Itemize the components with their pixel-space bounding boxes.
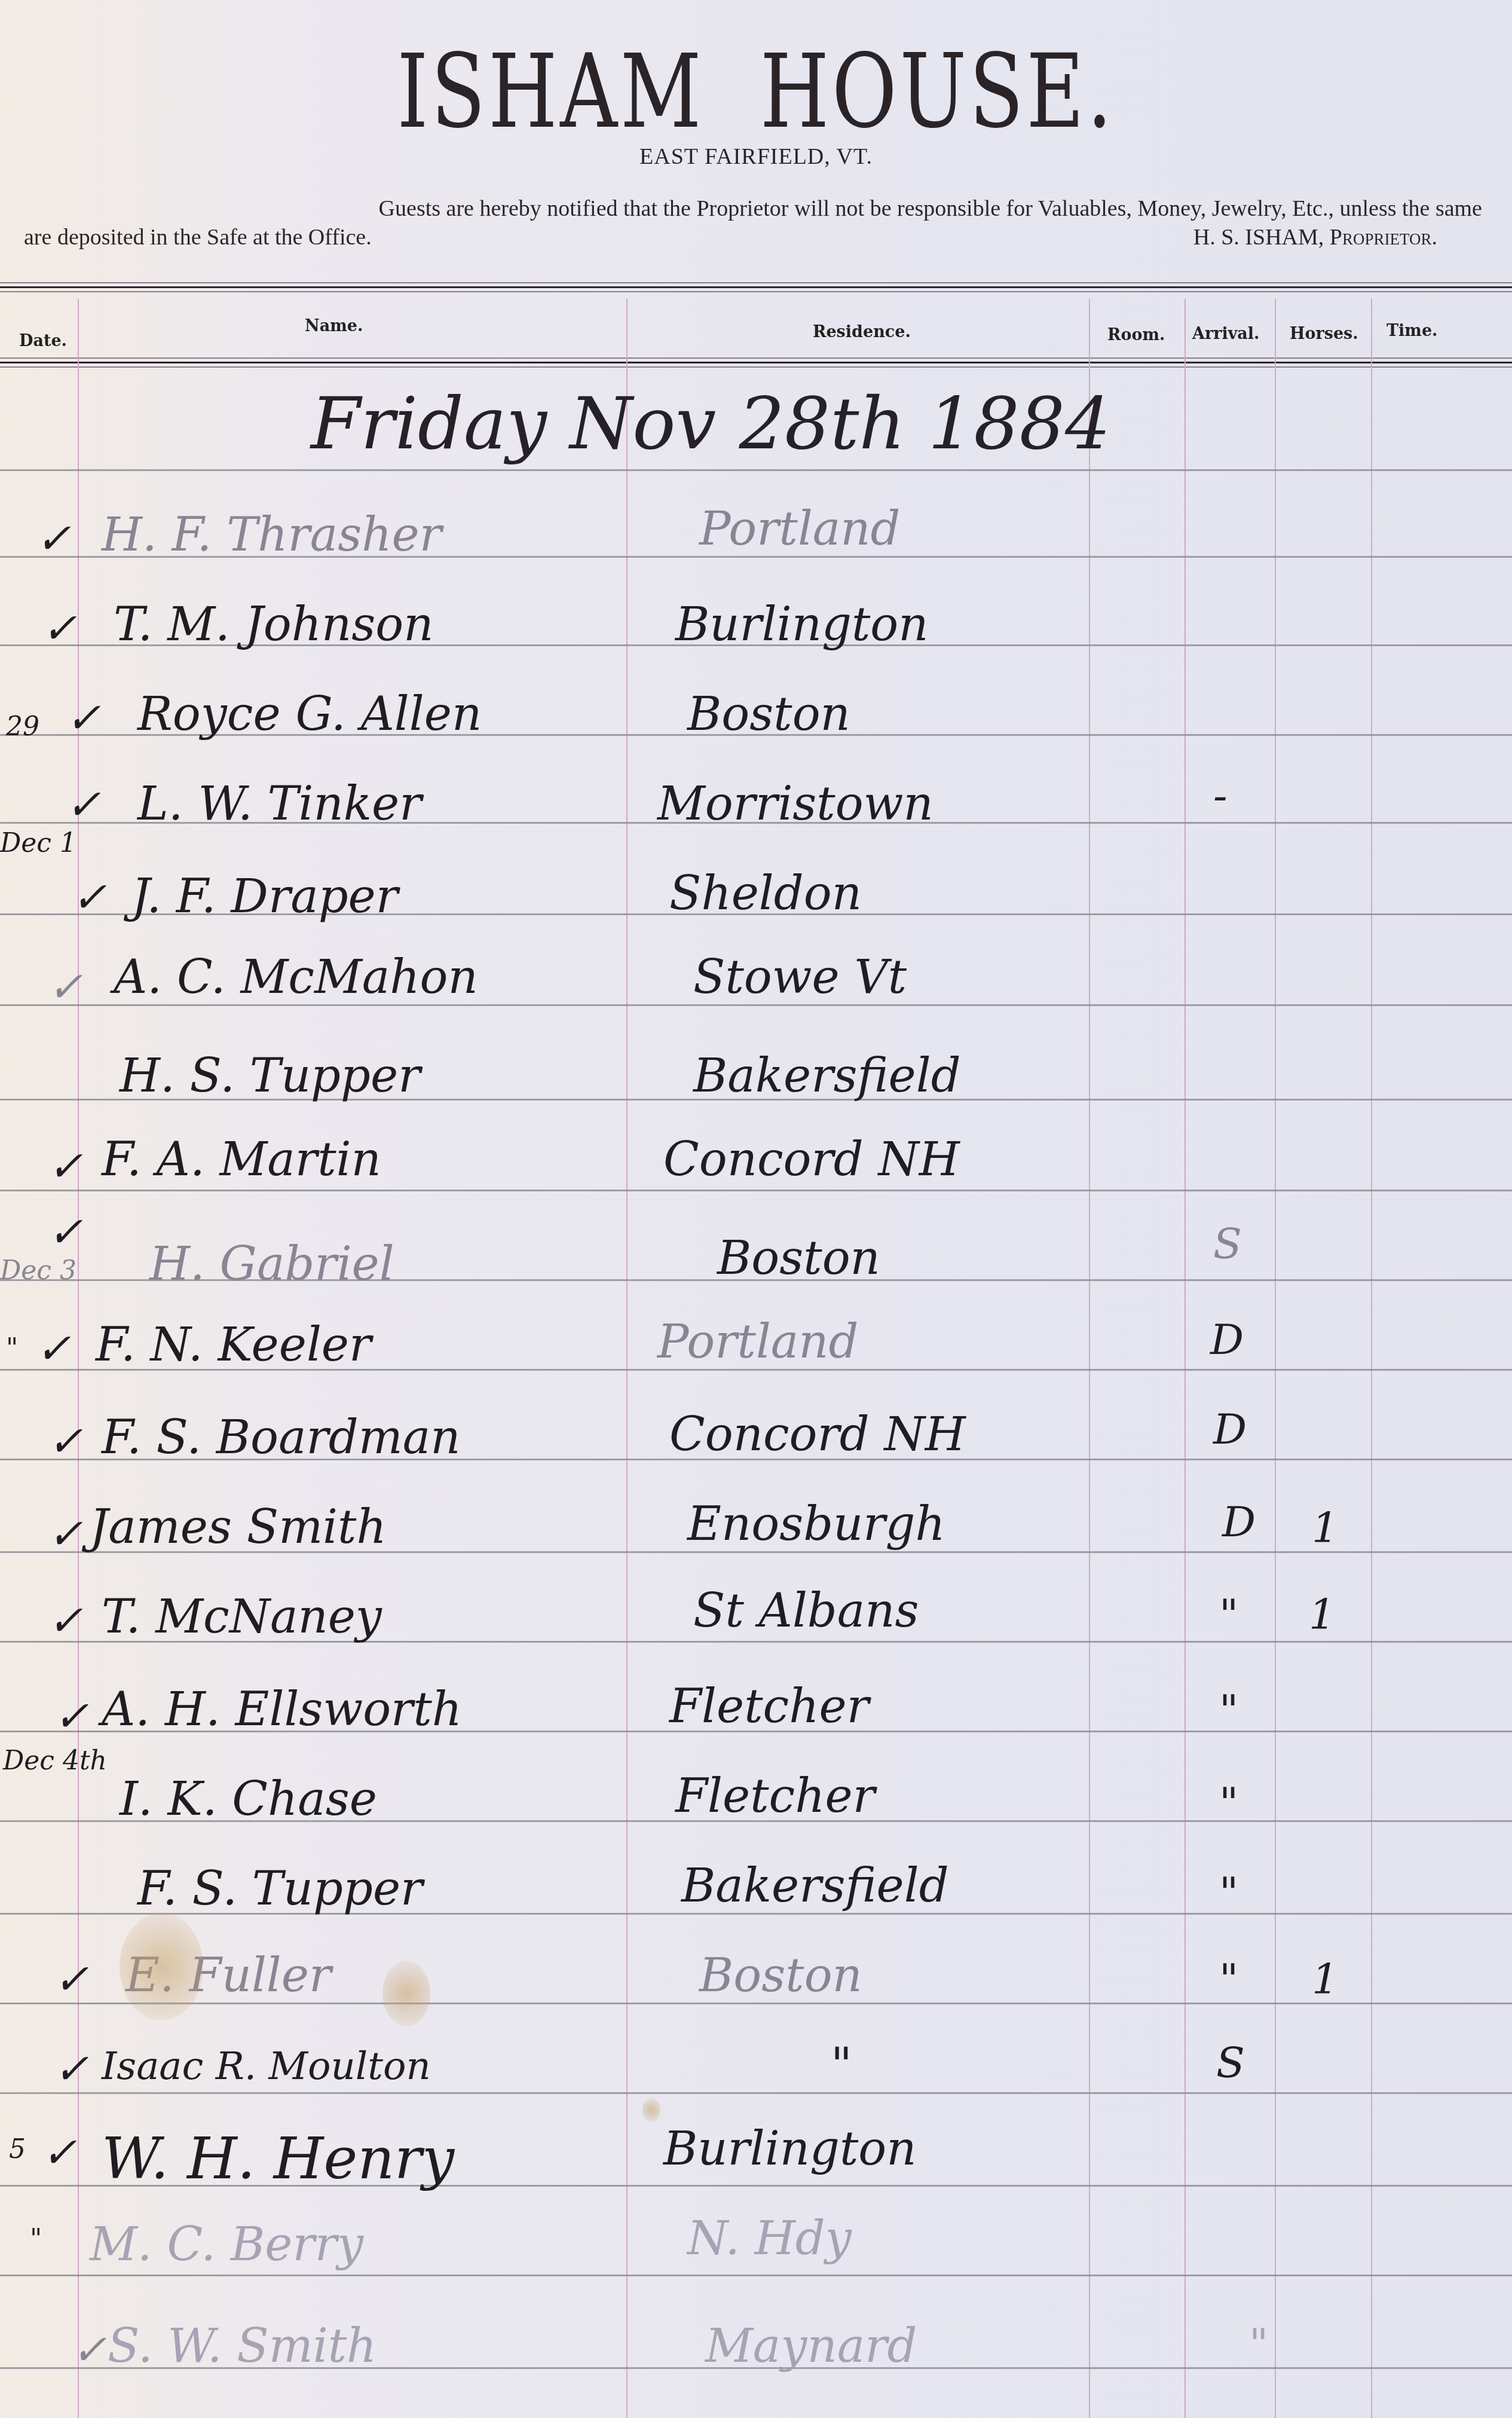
column-divider <box>1089 299 1090 2418</box>
guest-residence: Concord NH <box>663 1133 960 1187</box>
check-mark: ✓ <box>54 1692 89 1741</box>
guest-residence: Boston <box>717 1231 880 1285</box>
check-mark: ✓ <box>48 1417 83 1466</box>
guest-name: I. K. Chase <box>120 1772 377 1826</box>
check-mark: ✓ <box>48 962 83 1011</box>
date-note: Dec 3 <box>0 1255 76 1286</box>
ruled-line <box>0 2003 1512 2004</box>
arrival-mark: D <box>1210 1315 1244 1364</box>
check-mark: ✓ <box>72 873 107 922</box>
column-header-residence: Residence. <box>813 323 911 341</box>
column-divider <box>1275 299 1276 2418</box>
guest-residence: Maynard <box>705 2319 917 2373</box>
guest-residence: Fletcher <box>675 1769 875 1823</box>
register-header: ISHAMHOUSE. EAST FAIRFIELD, VT. Guests a… <box>0 0 1512 281</box>
column-divider <box>626 299 628 2418</box>
guest-residence: Portland <box>657 1315 859 1369</box>
ruled-line <box>0 2275 1512 2276</box>
header-bottom-rule <box>0 357 1512 371</box>
date-heading: Friday Nov 28th 1884 <box>311 383 1110 466</box>
horses-count: 1 <box>1309 1590 1336 1639</box>
guest-name: A. C. McMahon <box>114 950 478 1004</box>
arrival-mark: " <box>1219 1590 1238 1639</box>
check-mark: ✓ <box>48 1596 83 1645</box>
register-page: ISHAMHOUSE. EAST FAIRFIELD, VT. Guests a… <box>0 0 1512 2418</box>
guest-residence: N. Hdy <box>687 2212 852 2266</box>
ruled-line <box>0 1004 1512 1006</box>
guest-residence: Boston <box>699 1949 862 2003</box>
guest-residence: Morristown <box>657 777 933 831</box>
guest-name: T. McNaney <box>102 1590 382 1644</box>
date-note: " <box>30 2224 42 2254</box>
check-mark: ✓ <box>54 1955 89 2004</box>
column-header-name: Name. <box>305 317 363 335</box>
guest-name: Royce G. Allen <box>137 687 482 741</box>
horses-count: 1 <box>1312 1955 1339 2004</box>
title-word-isham: ISHAM <box>397 33 704 151</box>
date-note: " <box>6 1333 18 1364</box>
check-mark: ✓ <box>42 2128 77 2177</box>
notice-text: are deposited in the Safe at the Office. <box>24 223 372 252</box>
check-mark: ✓ <box>48 1142 83 1191</box>
notice-line-2: are deposited in the Safe at the Office.… <box>24 223 1494 252</box>
check-mark: ✓ <box>54 2044 89 2093</box>
guest-name: H. S. Tupper <box>120 1049 420 1103</box>
guest-name: F. N. Keeler <box>96 1318 371 1372</box>
guest-name: J. F. Draper <box>131 870 398 924</box>
notice-line-1: Guests are hereby notified that the Prop… <box>24 194 1494 223</box>
column-header-arrival: Arrival. <box>1192 325 1260 343</box>
column-header-horses: Horses. <box>1290 325 1358 343</box>
guest-residence: Concord NH <box>669 1408 966 1462</box>
proprietor-signature: H. S. ISHAM, Proprietor. <box>1193 223 1437 252</box>
arrival-mark: " <box>1219 1868 1238 1917</box>
date-note: 5 <box>9 2134 26 2165</box>
column-header-room: Room. <box>1107 326 1165 344</box>
paper-stain <box>642 2098 660 2122</box>
guest-name: Isaac R. Moulton <box>102 2044 431 2089</box>
guest-name: M. C. Berry <box>90 2218 363 2272</box>
date-note: Dec 4th <box>3 1746 107 1776</box>
hotel-title: ISHAMHOUSE. <box>166 33 1345 151</box>
arrival-mark: " <box>1219 1955 1238 2004</box>
ruled-line <box>0 1190 1512 1191</box>
arrival-mark: S <box>1216 2038 1245 2087</box>
guest-name: L. W. Tinker <box>137 777 421 831</box>
guest-name: T. M. Johnson <box>114 598 434 652</box>
column-divider <box>78 299 79 2418</box>
check-mark: ✓ <box>36 1324 71 1373</box>
guest-name: F. S. Boardman <box>102 1411 461 1465</box>
guest-name: H. F. Thrasher <box>102 508 442 562</box>
guest-name: S. W. Smith <box>108 2319 377 2373</box>
top-rule <box>0 282 1512 295</box>
column-header-date: Date. <box>19 332 67 350</box>
guest-name: James Smith <box>90 1500 387 1554</box>
date-note: Dec 1 <box>0 828 76 858</box>
guest-residence: Burlington <box>663 2122 916 2176</box>
paper-stain <box>120 1913 203 2020</box>
date-note: 29 <box>6 711 39 742</box>
guest-residence: Stowe Vt <box>693 950 907 1004</box>
arrival-mark: " <box>1219 1778 1238 1827</box>
column-divider <box>1184 299 1186 2418</box>
hotel-location: EAST FAIRFIELD, VT. <box>0 143 1512 170</box>
horses-count: 1 <box>1312 1503 1339 1552</box>
guest-residence: St Albans <box>693 1584 919 1638</box>
guest-name: W. H. Henry <box>102 2125 454 2192</box>
guest-residence: Burlington <box>675 598 928 652</box>
check-mark: ✓ <box>36 514 71 563</box>
arrival-mark: " <box>1249 2319 1268 2368</box>
guest-residence: Portland <box>699 502 901 556</box>
ruled-line <box>0 2092 1512 2094</box>
guest-name: F. S. Tupper <box>137 1862 423 1916</box>
guest-name: F. A. Martin <box>102 1133 381 1187</box>
guest-residence: Bakersfield <box>681 1859 949 1913</box>
guest-residence: Bakersfield <box>693 1049 961 1103</box>
safe-notice: Guests are hereby notified that the Prop… <box>24 194 1494 252</box>
arrival-mark: D <box>1213 1405 1247 1454</box>
paper-stain <box>382 1961 430 2026</box>
check-mark: ✓ <box>42 604 77 653</box>
ruled-line <box>0 469 1512 471</box>
guest-residence: Enosburgh <box>687 1497 945 1551</box>
check-mark: ✓ <box>66 693 101 742</box>
arrival-mark: - <box>1213 771 1228 820</box>
check-mark: ✓ <box>66 780 101 829</box>
check-mark: ✓ <box>48 1509 83 1558</box>
guest-residence: " <box>831 2038 852 2092</box>
guest-name: A. H. Ellsworth <box>102 1683 462 1737</box>
check-mark: ✓ <box>48 1208 83 1257</box>
guest-residence: Sheldon <box>669 867 862 921</box>
arrival-mark: S <box>1213 1219 1242 1268</box>
guest-residence: Boston <box>687 687 850 741</box>
arrival-mark: " <box>1219 1686 1238 1735</box>
column-header-time: Time. <box>1386 322 1438 340</box>
check-mark: ✓ <box>72 2325 107 2374</box>
title-word-house: HOUSE. <box>760 33 1115 151</box>
arrival-mark: D <box>1222 1497 1256 1546</box>
column-divider <box>1371 299 1372 2418</box>
guest-name: H. Gabriel <box>149 1237 394 1291</box>
guest-residence: Fletcher <box>669 1680 869 1734</box>
